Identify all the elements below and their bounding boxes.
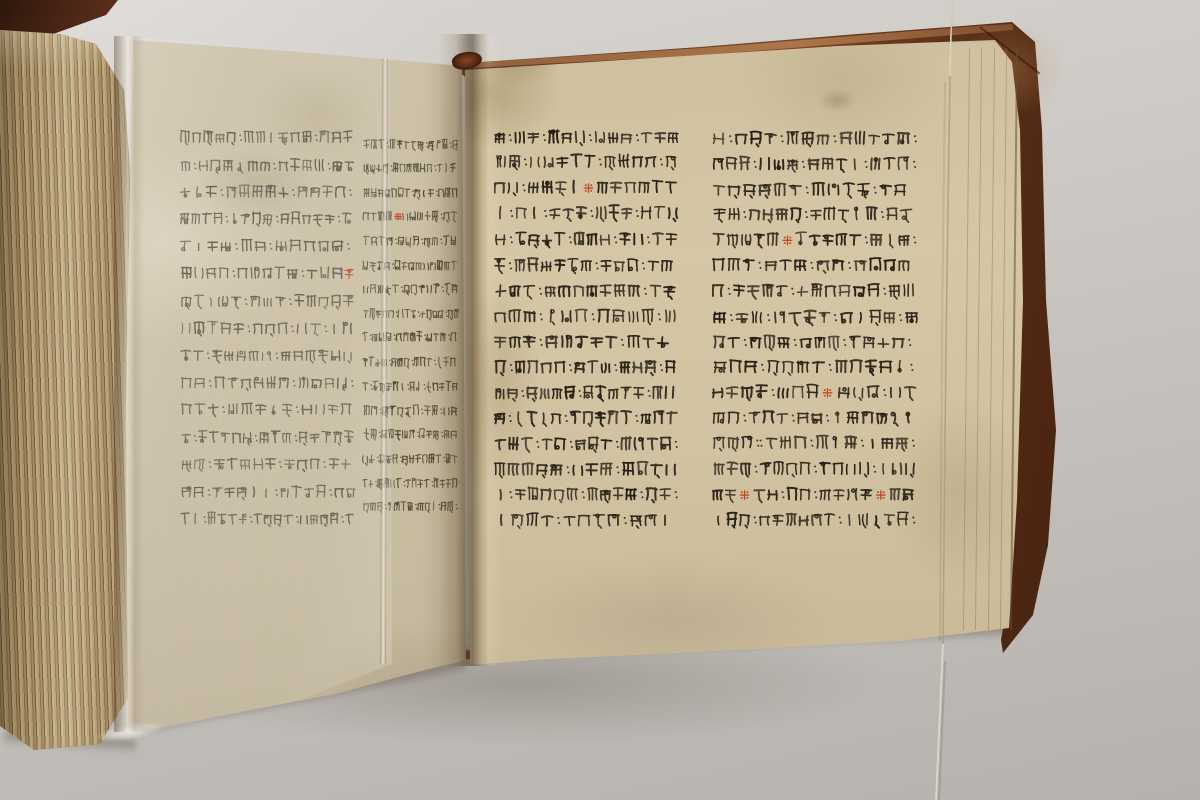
bookmark-thread [0, 0, 1200, 800]
photo-of-manuscript-book: Open leather-bound parchment manuscript … [0, 0, 1200, 800]
thread-over-leather [950, 34, 951, 76]
thread-above-book [951, 0, 953, 34]
